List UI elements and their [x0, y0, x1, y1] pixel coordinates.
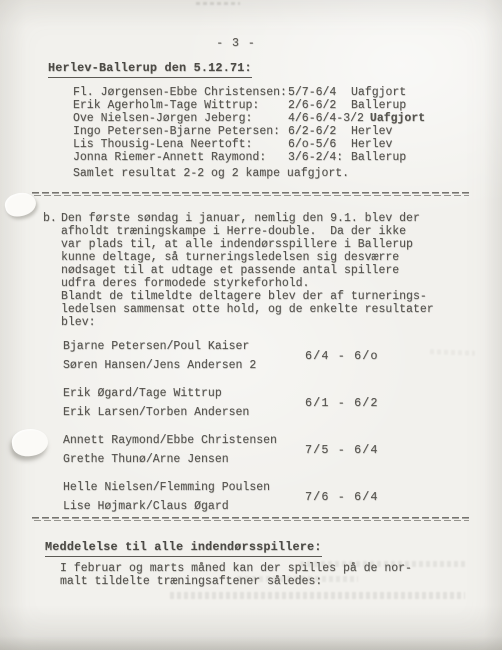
section-divider: [32, 517, 469, 522]
match-row: Fl. Jørgensen-Ebbe Christensen: 5/7-6/4 …: [73, 86, 425, 99]
match-winner: Uafgjort: [370, 112, 425, 125]
pair-teams: Erik Øgard/Tage Wittrup Erik Larsen/Torb…: [63, 384, 305, 422]
page-number: - 3 -: [196, 37, 276, 50]
doubles-pair: Annett Raymond/Ebbe Christensen Grethe T…: [63, 431, 443, 469]
paragraph-label: b.: [43, 213, 61, 330]
match-row: Ingo Petersen-Bjarne Petersen: 6/2-6/2 H…: [73, 125, 425, 138]
match-score: 6/o-5/6: [288, 138, 351, 151]
match-row: Lis Thousig-Lena Neertoft: 6/o-5/6 Herle…: [73, 138, 425, 151]
pair-teams: Bjarne Petersen/Poul Kaiser Søren Hansen…: [63, 337, 305, 375]
punch-hole: [10, 427, 49, 459]
match-row: Erik Agerholm-Tage Wittrup: 2/6-6/2 Ball…: [73, 99, 425, 112]
pair-teams: Annett Raymond/Ebbe Christensen Grethe T…: [63, 431, 305, 469]
team-line-1: Erik Øgard/Tage Wittrup: [63, 384, 305, 403]
match-row: Ove Nielsen-Jørgen Jeberg: 4/6-6/4-3/2 U…: [73, 112, 425, 125]
team-line-1: Helle Nielsen/Flemming Poulsen: [63, 478, 305, 497]
player-names: Jonna Riemer-Annett Raymond:: [73, 151, 288, 164]
section-divider: [32, 192, 469, 197]
team-line-2: Søren Hansen/Jens Andersen 2: [63, 356, 305, 375]
match-score: 5/7-6/4: [288, 86, 351, 99]
notice-text: I februar og marts måned kan der spilles…: [60, 562, 412, 588]
pair-score: 7/6 - 6/4: [305, 490, 379, 504]
team-line-2: Erik Larsen/Torben Andersen: [63, 403, 305, 422]
scan-artifact: [170, 592, 465, 599]
match-winner: Ballerup: [351, 99, 406, 112]
player-names: Ove Nielsen-Jørgen Jeberg:: [73, 112, 288, 125]
team-line-1: Bjarne Petersen/Poul Kaiser: [63, 337, 305, 356]
summary-line: Samlet resultat 2-2 og 2 kampe uafgjort.: [73, 167, 349, 180]
match-report-heading: Herlev-Ballerup den 5.12.71:: [48, 61, 252, 78]
player-names: Lis Thousig-Lena Neertoft:: [73, 138, 288, 151]
player-names: Fl. Jørgensen-Ebbe Christensen:: [73, 86, 288, 99]
match-winner: Uafgjort: [351, 86, 406, 99]
doubles-results-list: Bjarne Petersen/Poul Kaiser Søren Hansen…: [63, 337, 443, 525]
team-line-2: Lise Højmark/Claus Øgard: [63, 497, 305, 516]
scan-artifact: [196, 2, 240, 5]
match-row: Jonna Riemer-Annett Raymond: 3/6-2/4: Ba…: [73, 151, 425, 164]
doubles-pair: Bjarne Petersen/Poul Kaiser Søren Hansen…: [63, 337, 443, 375]
match-score: 3/6-2/4:: [288, 151, 351, 164]
pair-score: 7/5 - 6/4: [305, 443, 379, 457]
doubles-pair: Helle Nielsen/Flemming Poulsen Lise Højm…: [63, 478, 443, 516]
player-names: Ingo Petersen-Bjarne Petersen:: [73, 125, 288, 138]
match-winner: Herlev: [351, 138, 392, 151]
team-line-1: Annett Raymond/Ebbe Christensen: [63, 431, 305, 450]
player-names: Erik Agerholm-Tage Wittrup:: [73, 99, 288, 112]
paragraph-b: b. Den første søndag i januar, nemlig de…: [43, 213, 434, 330]
match-score: 2/6-6/2: [288, 99, 351, 112]
pair-teams: Helle Nielsen/Flemming Poulsen Lise Højm…: [63, 478, 305, 516]
match-score: 6/2-6/2: [288, 125, 351, 138]
paragraph-text: Den første søndag i januar, nemlig den 9…: [61, 213, 434, 330]
match-winner: Herlev: [351, 125, 392, 138]
notice-heading: Meddelelse til alle indendørsspillere:: [45, 540, 322, 557]
match-result-list: Fl. Jørgensen-Ebbe Christensen: 5/7-6/4 …: [73, 86, 425, 164]
pair-score: 6/1 - 6/2: [305, 396, 379, 410]
pair-score: 6/4 - 6/o: [305, 349, 379, 363]
scanned-document-page: - 3 - Herlev-Ballerup den 5.12.71: Fl. J…: [0, 0, 502, 650]
doubles-pair: Erik Øgard/Tage Wittrup Erik Larsen/Torb…: [63, 384, 443, 422]
match-winner: Ballerup: [351, 151, 406, 164]
match-score: 4/6-6/4-3/2: [288, 112, 370, 125]
team-line-2: Grethe Thunø/Arne Jensen: [63, 450, 305, 469]
